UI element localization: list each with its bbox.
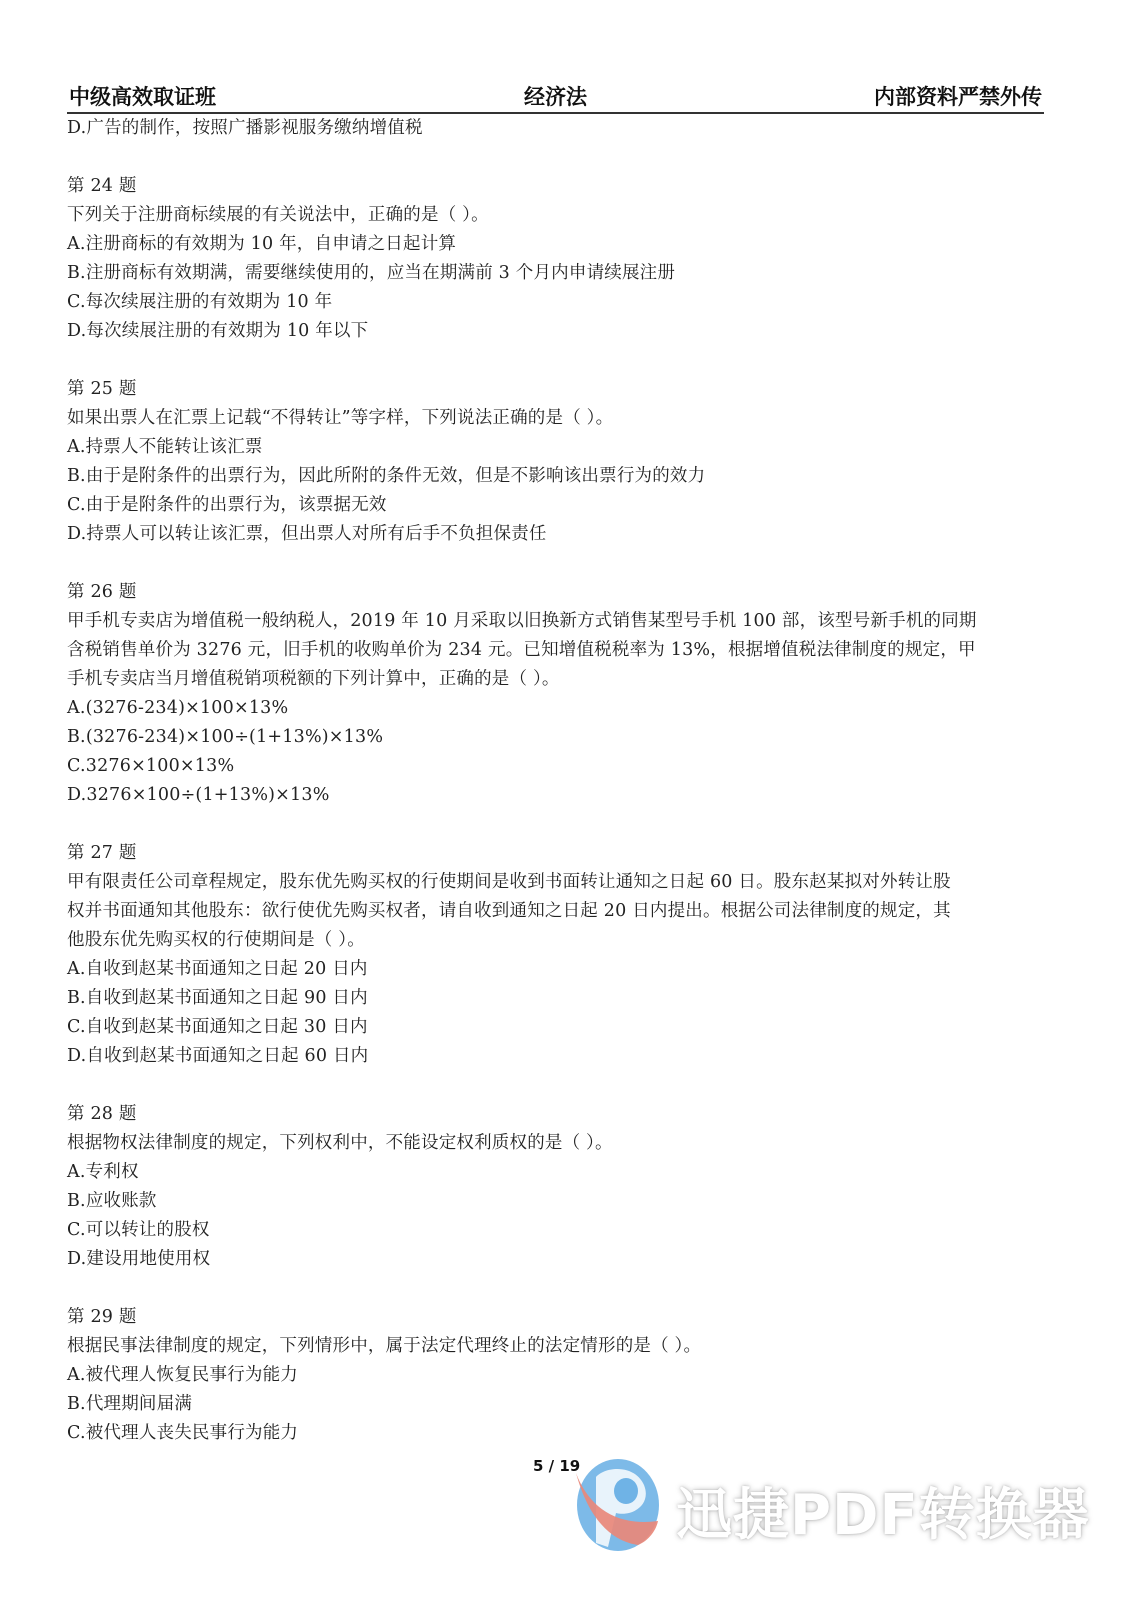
carryover-option: D.广告的制作，按照广播影视服务缴纳增值税: [67, 114, 1047, 143]
option-a: A.(3276-234)×100×13%: [67, 694, 1047, 723]
option-c: C.被代理人丧失民事行为能力: [67, 1419, 1047, 1448]
option-b: B.(3276-234)×100÷(1+13%)×13%: [67, 723, 1047, 752]
question-title: 第 27 题: [67, 839, 1047, 868]
question-title: 第 25 题: [67, 375, 1047, 404]
watermark-text: 迅捷PDF转换器: [676, 1471, 1090, 1551]
option-a: A.被代理人恢复民事行为能力: [67, 1361, 1047, 1390]
watermark: 迅捷PDF转换器: [570, 1455, 1090, 1575]
option-b: B.应收账款: [67, 1187, 1047, 1216]
option-c: C.自收到赵某书面通知之日起 30 日内: [67, 1013, 1047, 1042]
question-stem-line-3: 手机专卖店当月增值税销项税额的下列计算中，正确的是（ ）。: [67, 665, 1047, 694]
question-stem-line-2: 含税销售单价为 3276 元，旧手机的收购单价为 234 元。已知增值税税率为 …: [67, 636, 1047, 665]
option-d: D.自收到赵某书面通知之日起 60 日内: [67, 1042, 1047, 1071]
question-title: 第 28 题: [67, 1100, 1047, 1129]
option-d: D.持票人可以转让该汇票，但出票人对所有后手不负担保责任: [67, 520, 1047, 549]
page-content: D.广告的制作，按照广播影视服务缴纳增值税 第 24 题 下列关于注册商标续展的…: [67, 114, 1047, 1448]
page-header: 中级高效取证班 经济法 内部资料严禁外传: [67, 78, 1044, 114]
question-stem: 根据民事法律制度的规定，下列情形中，属于法定代理终止的法定情形的是（ ）。: [67, 1332, 1047, 1361]
option-c: C.由于是附条件的出票行为，该票据无效: [67, 491, 1047, 520]
xunjie-pdf-logo-icon: [574, 1455, 662, 1553]
question-stem: 如果出票人在汇票上记载“不得转让”等字样，下列说法正确的是（ ）。: [67, 404, 1047, 433]
option-d: D.每次续展注册的有效期为 10 年以下: [67, 317, 1047, 346]
question-stem: 下列关于注册商标续展的有关说法中，正确的是（ ）。: [67, 201, 1047, 230]
question-stem-line-1: 甲有限责任公司章程规定，股东优先购买权的行使期间是收到书面转让通知之日起 60 …: [67, 868, 1047, 897]
question-title: 第 26 题: [67, 578, 1047, 607]
question-stem-line-1: 甲手机专卖店为增值税一般纳税人，2019 年 10 月采取以旧换新方式销售某型号…: [67, 607, 1047, 636]
option-d: D.建设用地使用权: [67, 1245, 1047, 1274]
option-d: D.3276×100÷(1+13%)×13%: [67, 781, 1047, 810]
question-stem-line-2: 权并书面通知其他股东：欲行使优先购买权者，请自收到通知之日起 20 日内提出。根…: [67, 897, 1047, 926]
question-26: 第 26 题 甲手机专卖店为增值税一般纳税人，2019 年 10 月采取以旧换新…: [67, 578, 1047, 810]
question-28: 第 28 题 根据物权法律制度的规定，下列权利中，不能设定权利质权的是（ ）。 …: [67, 1100, 1047, 1274]
option-a: A.注册商标的有效期为 10 年，自申请之日起计算: [67, 230, 1047, 259]
question-stem-line-3: 他股东优先购买权的行使期间是（ ）。: [67, 926, 1047, 955]
question-29: 第 29 题 根据民事法律制度的规定，下列情形中，属于法定代理终止的法定情形的是…: [67, 1303, 1047, 1448]
option-b: B.注册商标有效期满，需要继续使用的，应当在期满前 3 个月内申请续展注册: [67, 259, 1047, 288]
header-confidential-note: 内部资料严禁外传: [874, 81, 1042, 111]
option-c: C.3276×100×13%: [67, 752, 1047, 781]
option-b: B.自收到赵某书面通知之日起 90 日内: [67, 984, 1047, 1013]
option-a: A.持票人不能转让该汇票: [67, 433, 1047, 462]
question-24: 第 24 题 下列关于注册商标续展的有关说法中，正确的是（ ）。 A.注册商标的…: [67, 172, 1047, 346]
option-b: B.由于是附条件的出票行为，因此所附的条件无效，但是不影响该出票行为的效力: [67, 462, 1047, 491]
question-title: 第 29 题: [67, 1303, 1047, 1332]
option-a: A.自收到赵某书面通知之日起 20 日内: [67, 955, 1047, 984]
question-25: 第 25 题 如果出票人在汇票上记载“不得转让”等字样，下列说法正确的是（ ）。…: [67, 375, 1047, 549]
option-a: A.专利权: [67, 1158, 1047, 1187]
question-stem: 根据物权法律制度的规定，下列权利中，不能设定权利质权的是（ ）。: [67, 1129, 1047, 1158]
option-b: B.代理期间届满: [67, 1390, 1047, 1419]
page-number: 5 / 19: [533, 1457, 580, 1475]
option-c: C.每次续展注册的有效期为 10 年: [67, 288, 1047, 317]
question-title: 第 24 题: [67, 172, 1047, 201]
question-27: 第 27 题 甲有限责任公司章程规定，股东优先购买权的行使期间是收到书面转让通知…: [67, 839, 1047, 1071]
option-c: C.可以转让的股权: [67, 1216, 1047, 1245]
